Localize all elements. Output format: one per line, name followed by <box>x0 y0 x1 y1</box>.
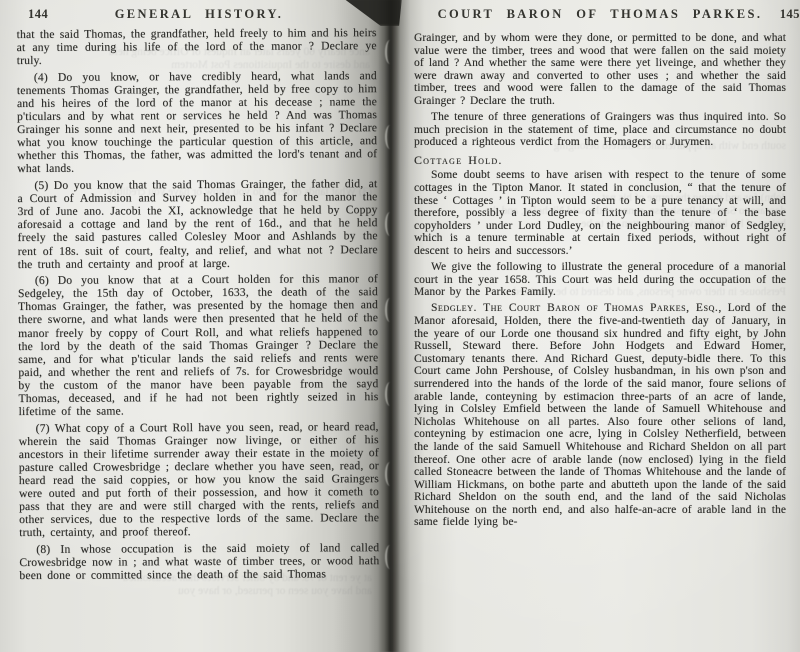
page-145-body: Grainger, and by whom were they done, or… <box>414 32 786 533</box>
page-number-right: 145 <box>780 7 800 22</box>
question-5: (5) Do you know that the said Thomas Gra… <box>17 177 377 271</box>
question-4: (4) Do you know, or have credibly heard,… <box>17 69 378 176</box>
binding-stitch <box>385 125 395 149</box>
court-record-lead: Sedgley. The Court Baron of Thomas Parke… <box>431 302 722 314</box>
question-3-continuation: that the said Thomas, the grandfather, h… <box>17 26 377 67</box>
page-144: ance nearly 60 years later an Inquest of… <box>0 0 392 652</box>
court-record-paragraph: Sedgley. The Court Baron of Thomas Parke… <box>414 302 786 529</box>
binding-stitch <box>385 382 395 406</box>
page-145: south end with all appurtenances thereto… <box>392 0 800 652</box>
binding-stitch <box>385 212 395 236</box>
question-8: (8) In whose occupation is the said moie… <box>19 541 379 582</box>
running-head-title-left: GENERAL HISTORY. <box>115 7 284 21</box>
running-head-right: COURT BARON OF THOMAS PARKES. 145 <box>414 7 786 22</box>
page-144-body: that the said Thomas, the grandfather, h… <box>17 26 380 586</box>
page-number-left: 144 <box>28 7 48 22</box>
question-7: (7) What copy of a Court Roll have you s… <box>19 420 380 540</box>
court-record-body: Lord of the Manor aforesaid, Holden, the… <box>414 302 786 528</box>
book-scan: ance nearly 60 years later an Inquest of… <box>0 0 800 652</box>
question-6: (6) Do you know that at a Court holden f… <box>18 272 379 418</box>
binding-stitch <box>385 545 395 569</box>
binding-stitch <box>385 40 395 64</box>
tenure-summary-paragraph: The tenure of three generations of Grain… <box>414 111 786 149</box>
running-head-left: 144 GENERAL HISTORY. <box>18 7 380 22</box>
question-8-continuation: Grainger, and by whom were they done, or… <box>414 32 786 108</box>
running-head-title-right: COURT BARON OF THOMAS PARKES. <box>438 7 763 21</box>
binding-stitch <box>385 462 395 486</box>
manorial-court-intro-paragraph: We give the following to illustrate the … <box>414 261 786 299</box>
cottage-hold-paragraph: Some doubt seems to have arisen with res… <box>414 169 786 257</box>
section-heading-cottage-hold: Cottage Hold. <box>414 154 786 167</box>
binding-stitch <box>385 298 395 322</box>
